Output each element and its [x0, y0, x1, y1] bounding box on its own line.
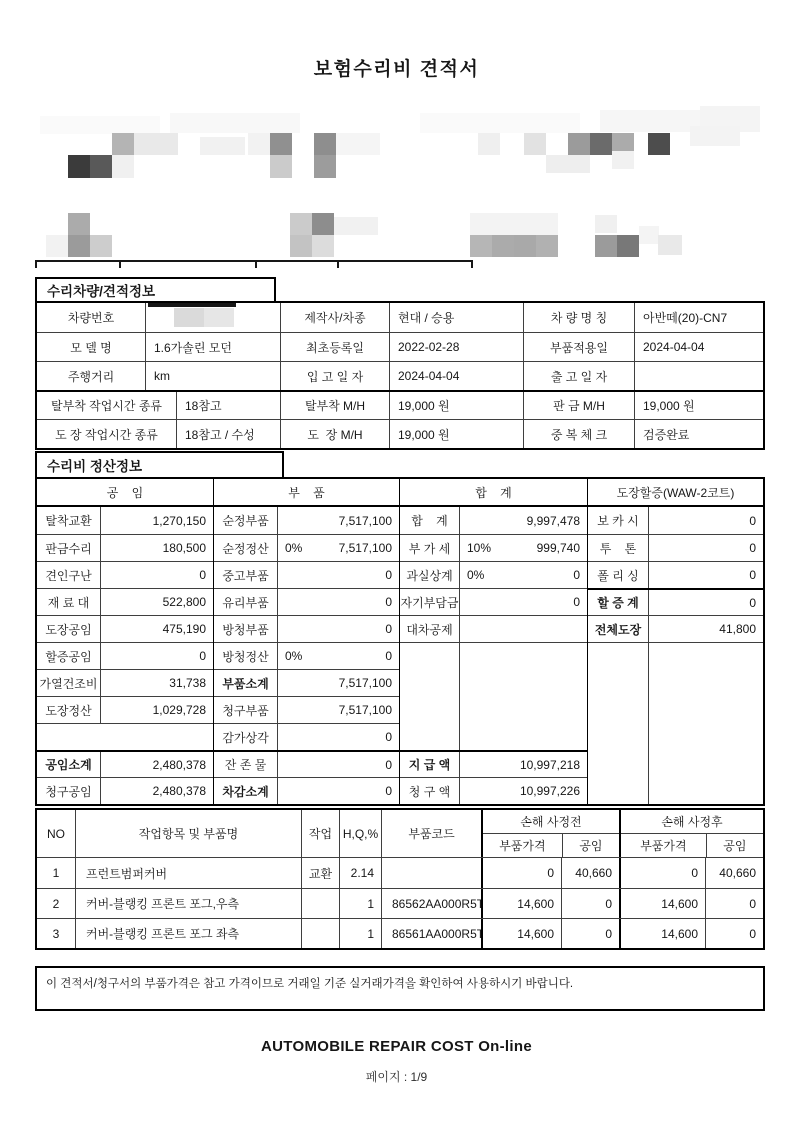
table-row: 판금수리180,500 [37, 534, 213, 561]
cell-no: 2 [37, 889, 75, 918]
row-label: 부품소계 [214, 670, 278, 696]
table-row: 가열건조비31,738 [37, 669, 213, 696]
cell-before-price: 14,600 [481, 889, 561, 918]
table-row: 순정정산0%7,517,100 [214, 534, 399, 561]
redacted-block [470, 235, 492, 257]
empty-cell [400, 643, 460, 750]
group-header-total: 합 계 [400, 479, 587, 507]
cell-before-labor: 0 [561, 919, 619, 948]
vehicle-label: 주행거리 [37, 362, 145, 390]
column-group-before-assessment: 손해 사정전 부품가격 공임 [481, 810, 619, 857]
row-value: 475,190 [101, 616, 213, 642]
redacted-block [514, 235, 536, 257]
vehicle-value: 19,000 원 [634, 392, 763, 419]
table-row: 과실상계0%0 [400, 561, 587, 588]
row-label: 공임소계 [37, 752, 101, 777]
vehicle-label: 제작사/차종 [280, 303, 389, 332]
redaction-tick [471, 260, 473, 268]
row-value: 7,517,100 [278, 670, 399, 696]
row-value: 0%7,517,100 [278, 535, 399, 561]
row-label: 청구공임 [37, 778, 101, 804]
redacted-block [68, 213, 90, 235]
row-value: 2,480,378 [101, 752, 213, 777]
row-value: 0 [278, 724, 399, 750]
redacted-block [248, 133, 270, 155]
percent-value: 0% [467, 568, 484, 582]
vehicle-value: 1.6가솔린 모던 [145, 333, 280, 361]
row-value: 10%999,740 [460, 535, 587, 561]
column-header-no: NO [37, 810, 75, 857]
vehicle-value: km [145, 362, 280, 390]
table-row: 도 장 작업시간 종류 18참고 / 수성 도 장 M/H 19,000 원 중… [37, 419, 763, 448]
vehicle-value: 2024-04-04 [389, 362, 523, 390]
vehicle-label: 판 금 M/H [523, 392, 634, 419]
redacted-block [420, 113, 580, 133]
table-row: 중고부품0 [214, 561, 399, 588]
table-row: 순정부품7,517,100 [214, 507, 399, 534]
cell-after-labor: 40,660 [705, 858, 763, 888]
cell-after-labor: 0 [705, 919, 763, 948]
redacted-block [536, 235, 558, 257]
redaction-tick [337, 260, 339, 268]
table-row: 자기부담금0 [400, 588, 587, 615]
empty-cell [588, 643, 649, 804]
cell-hq: 1 [339, 919, 381, 948]
row-label: 보 카 시 [588, 507, 649, 534]
page-title: 보험수리비 견적서 [0, 54, 793, 81]
redacted-block [600, 110, 700, 132]
vehicle-value: 아반떼(20)-CN7 [634, 303, 763, 332]
row-label: 합 계 [400, 507, 460, 534]
row-label: 폴 리 싱 [588, 562, 649, 588]
redacted-block [90, 155, 112, 178]
redacted-block [46, 235, 68, 257]
footer-brand: AUTOMOBILE REPAIR COST On-line [0, 1038, 793, 1055]
row-label: 부 가 세 [400, 535, 460, 561]
row-value: 522,800 [101, 589, 213, 615]
column-header-after-assessment: 손해 사정후 [621, 810, 763, 834]
redaction-tick [255, 260, 257, 268]
amount-value: 7,517,100 [339, 541, 392, 555]
row-value: 180,500 [101, 535, 213, 561]
redacted-block [690, 126, 740, 146]
vehicle-label: 입 고 일 자 [280, 362, 389, 390]
cell-after-labor: 0 [705, 889, 763, 918]
row-value: 1,270,150 [101, 507, 213, 534]
vehicle-label: 중 복 체 크 [523, 420, 634, 448]
row-label: 자기부담금 [400, 589, 460, 615]
row-label: 할 증 계 [588, 590, 649, 615]
row-value: 0%0 [278, 643, 399, 669]
table-row: 탈부착 작업시간 종류 18참고 탈부착 M/H 19,000 원 판 금 M/… [37, 390, 763, 419]
vehicle-value: 18참고 [176, 392, 280, 419]
percent-value: 0% [285, 649, 302, 663]
row-label: 지 급 액 [400, 752, 460, 777]
row-value: 2,480,378 [101, 778, 213, 804]
table-row: 탈착교환1,270,150 [37, 507, 213, 534]
vehicle-value: 2024-04-04 [634, 333, 763, 361]
redacted-block [170, 113, 300, 133]
vehicle-value-empty [634, 362, 763, 390]
row-label: 방청부품 [214, 616, 278, 642]
cell-before-labor: 40,660 [561, 858, 619, 888]
cell-after-price: 14,600 [619, 889, 705, 918]
vehicle-info-table: 차량번호 제작사/차종 현대 / 승용 차 량 명 칭 아반떼(20)-CN7 … [35, 301, 765, 450]
column-header-part-price: 부품가격 [621, 834, 706, 857]
table-row: 대차공제 [400, 615, 587, 642]
cell-part-code [381, 858, 481, 888]
vehicle-label: 모 델 명 [37, 333, 145, 361]
vehicle-label: 도 장 작업시간 종류 [37, 420, 176, 448]
table-row: 청 구 액10,997,226 [400, 777, 587, 804]
vehicle-label: 탈부착 작업시간 종류 [37, 392, 176, 419]
column-header-before-assessment: 손해 사정전 [483, 810, 619, 834]
notice-text: 이 견적서/청구서의 부품가격은 참고 가격이므로 거래일 기준 실거래가격을 … [46, 978, 573, 990]
redacted-block [478, 133, 500, 155]
cell-no: 1 [37, 858, 75, 888]
vehicle-value: 18참고 / 수성 [176, 420, 280, 448]
row-value: 0 [278, 589, 399, 615]
group-header-parts: 부 품 [214, 479, 399, 507]
redaction-tick [119, 260, 121, 268]
percent-value: 0% [285, 541, 302, 555]
percent-value: 10% [467, 541, 491, 555]
row-label: 할증공임 [37, 643, 101, 669]
column-header-hq: H,Q,% [339, 810, 381, 857]
notice-box: 이 견적서/청구서의 부품가격은 참고 가격이므로 거래일 기준 실거래가격을 … [35, 966, 765, 1011]
empty-cell [400, 642, 587, 750]
table-row: 차감소계0 [214, 777, 399, 804]
row-label: 잔 존 물 [214, 752, 278, 777]
table-row: 지 급 액10,997,218 [400, 750, 587, 777]
vehicle-label: 부품적용일 [523, 333, 634, 361]
redacted-block [617, 235, 639, 257]
row-value: 0 [649, 562, 763, 588]
table-row: 할 증 계0 [588, 588, 763, 615]
redacted-block [112, 155, 134, 178]
row-value: 0 [101, 643, 213, 669]
vehicle-label: 차량번호 [37, 303, 145, 332]
table-row: 감가상각0 [214, 723, 399, 750]
table-row: 유리부품0 [214, 588, 399, 615]
settlement-group-parts: 부 품 순정부품7,517,100 순정정산0%7,517,100 중고부품0 … [213, 479, 399, 804]
redacted-block [174, 308, 234, 327]
row-value: 41,800 [649, 616, 763, 642]
redacted-block [648, 133, 670, 155]
empty-cell [588, 642, 763, 804]
cell-work-type: 교환 [301, 858, 339, 888]
vehicle-label: 탈부착 M/H [280, 392, 389, 419]
table-row: 재 료 대522,800 [37, 588, 213, 615]
row-label: 판금수리 [37, 535, 101, 561]
redacted-block [639, 226, 659, 244]
redacted-block [148, 303, 236, 307]
column-header-item: 작업항목 및 부품명 [75, 810, 301, 857]
column-header-part-price: 부품가격 [483, 834, 562, 857]
vehicle-value: 19,000 원 [389, 420, 523, 448]
redacted-block [90, 235, 112, 257]
table-row: 견인구난0 [37, 561, 213, 588]
empty-cell [649, 643, 763, 804]
redacted-block [312, 235, 334, 257]
row-label: 투 톤 [588, 535, 649, 561]
row-value: 0 [278, 778, 399, 804]
table-header-row: NO 작업항목 및 부품명 작업 H,Q,% 부품코드 손해 사정전 부품가격 … [37, 810, 763, 858]
row-value: 0%0 [460, 562, 587, 588]
redacted-block [546, 155, 590, 173]
table-row: 방청정산0%0 [214, 642, 399, 669]
row-value: 7,517,100 [278, 507, 399, 534]
vehicle-label: 최초등록일 [280, 333, 389, 361]
row-value: 0 [278, 616, 399, 642]
table-row: 부품소계7,517,100 [214, 669, 399, 696]
row-label: 유리부품 [214, 589, 278, 615]
redacted-block [590, 133, 612, 155]
settlement-group-paint-surcharge: 도장할증(WAW-2코트) 보 카 시0 투 톤0 폴 리 싱0 할 증 계0 … [587, 479, 763, 804]
row-label: 청 구 액 [400, 778, 460, 804]
row-label: 중고부품 [214, 562, 278, 588]
cell-before-labor: 0 [561, 889, 619, 918]
cell-after-price: 0 [619, 858, 705, 888]
column-header-labor: 공임 [706, 834, 763, 857]
redacted-block [470, 213, 558, 235]
table-row: 청구부품7,517,100 [214, 696, 399, 723]
row-label: 방청정산 [214, 643, 278, 669]
vehicle-value: 검증완료 [634, 420, 763, 448]
vehicle-value: 19,000 원 [389, 392, 523, 419]
section-title-vehicle-info: 수리차량/견적정보 [35, 277, 276, 301]
redacted-block [270, 133, 292, 155]
redacted-block [524, 133, 546, 155]
redacted-block [112, 133, 134, 155]
table-row: 도장정산1,029,728 [37, 696, 213, 723]
redacted-block [595, 215, 617, 233]
document-page: 보험수리비 견적서 [0, 0, 793, 1123]
row-label: 순정부품 [214, 507, 278, 534]
row-value: 1,029,728 [101, 697, 213, 723]
row-label: 차감소계 [214, 778, 278, 804]
redacted-block [270, 155, 292, 178]
row-value: 0 [649, 507, 763, 534]
row-label: 대차공제 [400, 616, 460, 642]
table-row: 잔 존 물0 [214, 750, 399, 777]
work-item-row: 3 커버-블랭킹 프론트 포그 좌측 1 86561AA000R5T 14,60… [37, 918, 763, 948]
cell-before-price: 14,600 [481, 919, 561, 948]
cell-item-name: 프런트범퍼커버 [75, 858, 301, 888]
redacted-block [134, 133, 178, 155]
redacted-block [334, 217, 378, 235]
cell-work-type [301, 919, 339, 948]
table-row: 방청부품0 [214, 615, 399, 642]
vehicle-label: 출 고 일 자 [523, 362, 634, 390]
row-value: 10,997,226 [460, 778, 587, 804]
redacted-block [658, 235, 682, 255]
table-row: 주행거리 km 입 고 일 자 2024-04-04 출 고 일 자 [37, 361, 763, 390]
settlement-table: 공 임 탈착교환1,270,150 판금수리180,500 견인구난0 재 료 … [35, 477, 765, 806]
vehicle-label: 차 량 명 칭 [523, 303, 634, 332]
row-value: 10,997,218 [460, 752, 587, 777]
column-header-part-code: 부품코드 [381, 810, 481, 857]
redacted-block [314, 155, 336, 178]
cell-part-code: 86562AA000R5T [381, 889, 481, 918]
vehicle-value: 현대 / 승용 [389, 303, 523, 332]
table-row: 모 델 명 1.6가솔린 모던 최초등록일 2022-02-28 부품적용일 2… [37, 332, 763, 361]
redacted-block [595, 235, 617, 257]
row-label: 탈착교환 [37, 507, 101, 534]
row-value: 0 [649, 590, 763, 615]
table-row: 도장공임475,190 [37, 615, 213, 642]
table-row: 보 카 시0 [588, 507, 763, 534]
cell-item-name: 커버-블랭킹 프론트 포그 좌측 [75, 919, 301, 948]
work-items-table: NO 작업항목 및 부품명 작업 H,Q,% 부품코드 손해 사정전 부품가격 … [35, 808, 765, 950]
row-value: 0 [649, 535, 763, 561]
row-value: 0 [278, 562, 399, 588]
table-row: 공임소계2,480,378 [37, 750, 213, 777]
row-label: 순정정산 [214, 535, 278, 561]
cell-before-price: 0 [481, 858, 561, 888]
row-value: 0 [278, 752, 399, 777]
table-row: 차량번호 제작사/차종 현대 / 승용 차 량 명 칭 아반떼(20)-CN7 [37, 303, 763, 332]
group-header-labor: 공 임 [37, 479, 213, 507]
settlement-group-labor: 공 임 탈착교환1,270,150 판금수리180,500 견인구난0 재 료 … [37, 479, 213, 804]
page-number: 페이지 : 1/9 [0, 1068, 793, 1085]
row-label: 감가상각 [214, 724, 278, 750]
table-row: 청구공임2,480,378 [37, 777, 213, 804]
section-title-settlement-info: 수리비 정산정보 [35, 451, 284, 477]
row-label: 도장정산 [37, 697, 101, 723]
cell-part-code: 86561AA000R5T [381, 919, 481, 948]
table-row: 합 계9,997,478 [400, 507, 587, 534]
empty-cell [37, 723, 213, 750]
row-value: 31,738 [101, 670, 213, 696]
redacted-block [68, 155, 90, 178]
empty-cell [460, 643, 587, 750]
table-row: 할증공임0 [37, 642, 213, 669]
cell-after-price: 14,600 [619, 919, 705, 948]
amount-value: 0 [573, 568, 580, 582]
row-value: 0 [460, 589, 587, 615]
cell-hq: 2.14 [339, 858, 381, 888]
table-row: 전체도장41,800 [588, 615, 763, 642]
group-header-paint-surcharge: 도장할증(WAW-2코트) [588, 479, 763, 507]
row-value-empty [460, 616, 587, 642]
column-header-work: 작업 [301, 810, 339, 857]
cell-item-name: 커버-블랭킹 프론트 포그,우측 [75, 889, 301, 918]
row-label: 재 료 대 [37, 589, 101, 615]
table-row: 폴 리 싱0 [588, 561, 763, 588]
redacted-block [290, 235, 312, 257]
row-label: 가열건조비 [37, 670, 101, 696]
row-label: 전체도장 [588, 616, 649, 642]
redacted-block [40, 116, 160, 134]
column-header-labor: 공임 [562, 834, 619, 857]
row-label: 도장공임 [37, 616, 101, 642]
redacted-block [290, 213, 312, 235]
cell-hq: 1 [339, 889, 381, 918]
redacted-block [492, 235, 514, 257]
row-label: 과실상계 [400, 562, 460, 588]
work-item-row: 2 커버-블랭킹 프론트 포그,우측 1 86562AA000R5T 14,60… [37, 888, 763, 918]
column-group-after-assessment: 손해 사정후 부품가격 공임 [619, 810, 763, 857]
vehicle-value: 2022-02-28 [389, 333, 523, 361]
redacted-block [336, 133, 380, 155]
redacted-block [568, 133, 590, 155]
vehicle-label: 도 장 M/H [280, 420, 389, 448]
redaction-underline [35, 260, 473, 262]
plate-number-redacted [145, 303, 280, 332]
table-row: 부 가 세10%999,740 [400, 534, 587, 561]
redacted-block [68, 235, 90, 257]
cell-no: 3 [37, 919, 75, 948]
amount-value: 999,740 [537, 541, 580, 555]
cell-work-type [301, 889, 339, 918]
row-value: 9,997,478 [460, 507, 587, 534]
work-item-row: 1 프런트범퍼커버 교환 2.14 0 40,660 0 40,660 [37, 858, 763, 888]
settlement-group-total: 합 계 합 계9,997,478 부 가 세10%999,740 과실상계0%0… [399, 479, 587, 804]
table-row: 투 톤0 [588, 534, 763, 561]
redaction-tick [35, 260, 37, 268]
redacted-block [312, 213, 334, 235]
redacted-block [200, 137, 245, 155]
redacted-block [314, 133, 336, 155]
amount-value: 0 [385, 649, 392, 663]
redacted-block [612, 151, 634, 169]
row-value: 7,517,100 [278, 697, 399, 723]
row-value: 0 [101, 562, 213, 588]
row-label: 견인구난 [37, 562, 101, 588]
row-label: 청구부품 [214, 697, 278, 723]
